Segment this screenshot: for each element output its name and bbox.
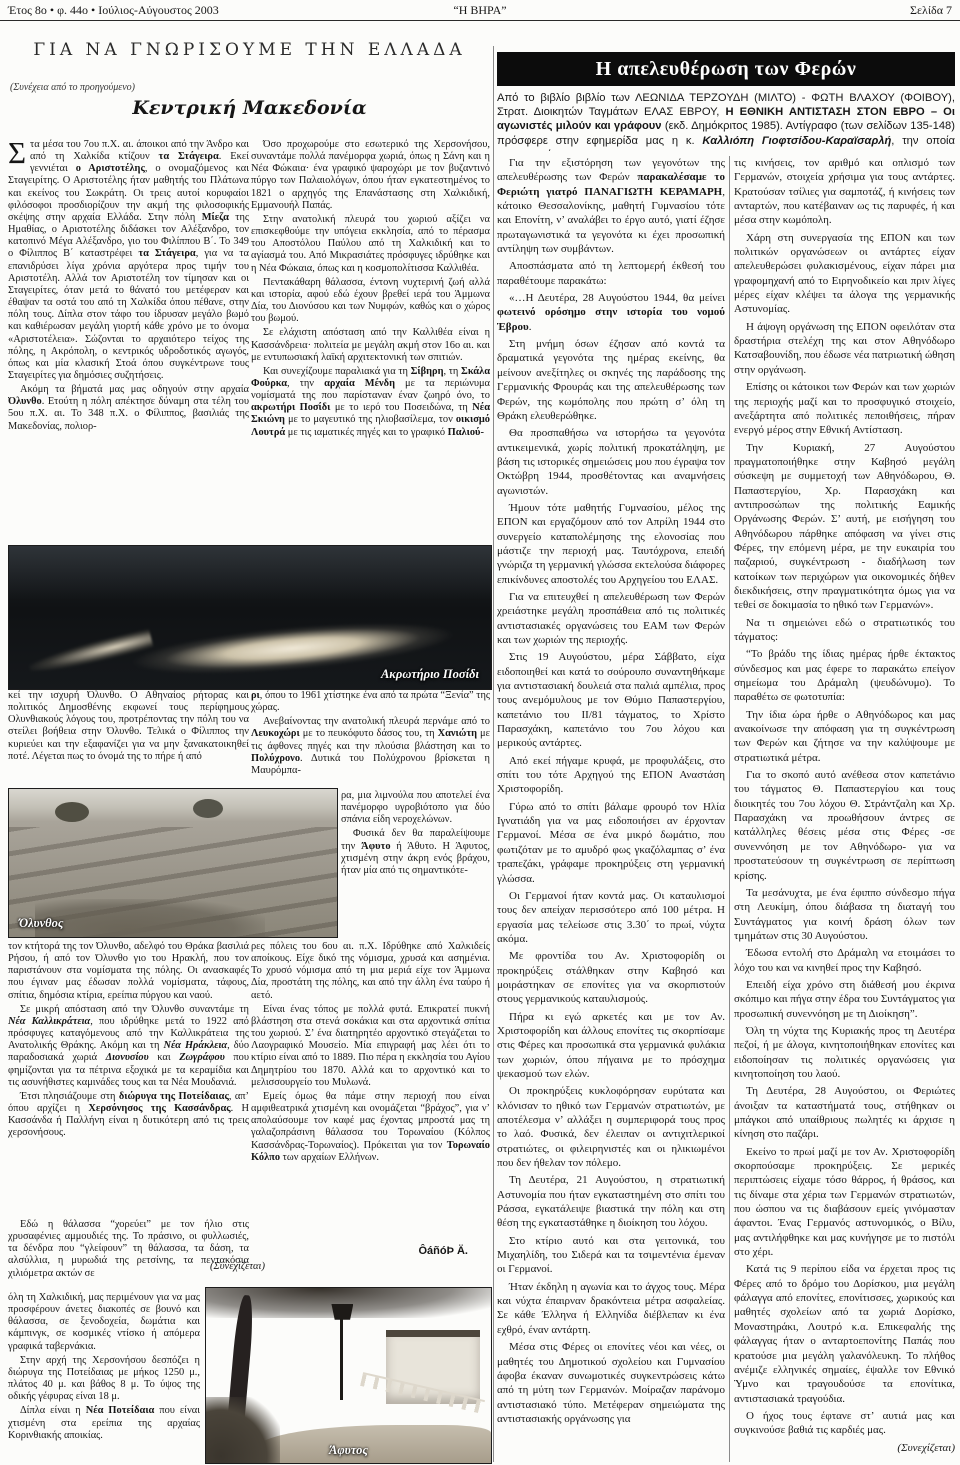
paragraph: Να τι σημειώνει εδώ ο στρατιωτικός του τ… (734, 616, 955, 645)
photo-caption-poseidi: Ακρωτήριο Ποσίδι (381, 667, 479, 682)
photo-poseidi-cape: Ακρωτήριο Ποσίδι (8, 545, 492, 690)
paragraph: Πεντακάθαρη θάλασσα, έντονη νυχτερινή ζω… (251, 277, 490, 326)
paragraph: Θα προσπαθήσω να ιστορήσω τα γεγονότα αν… (497, 426, 725, 498)
header-rule (0, 20, 960, 21)
paragraph: Γύρω από το σπίτι βάλαμε φρουρό τον Ηλία… (497, 800, 725, 886)
paragraph: Όσο προχωρούμε στο εσωτερικό της Χερσονή… (251, 139, 490, 212)
paragraph: Οι προκηρύξεις κυκλοφόρησαν ευρύτατα και… (497, 1084, 725, 1170)
photo-afytos-lamp-pole (340, 1316, 343, 1400)
photo-olynthos-ruins: Όλυνθος (8, 788, 338, 938)
paragraph: Αποσπάσματα από τη λεπτομερή έκθεσή του … (497, 259, 725, 288)
paragraph: τον κτήτορά της τον Όλυνθο, αδελφό του Θ… (8, 941, 249, 1002)
right-col2-text: τις κινήσεις, τον αριθμό και οπλισμό των… (734, 156, 955, 1462)
photo-olynthos-tree-left (55, 802, 89, 822)
paragraph: Τη Δευτέρα, 21 Αυγούστου, η στρατιωτική … (497, 1173, 725, 1230)
left-col2-wrap-text: ρα, μια λιμνούλα που αποτελεί ένα πανέμο… (341, 790, 490, 938)
paragraph: “Το βράδυ της ίδιας ημέρας ήρθε έκτακτος… (734, 647, 955, 704)
paragraph: Ανεβαίνοντας την ανατολική πλευρά περνάμ… (251, 716, 490, 777)
paragraph: Τα μεσάνυχτα, με ένα έφιππο σύνδεσμο πήγ… (734, 886, 955, 943)
paragraph: Με φροντίδα του Αν. Χριστοφορίδη οι προκ… (497, 949, 725, 1006)
paragraph: Επειδή είχα χρόνο στη διάθεσή μου έκρινα… (734, 978, 955, 1021)
paragraph: Εδώ η θάλασσα “χορεύει” με τον ήλιο στις… (8, 1219, 249, 1280)
left-col1-bottom-narrow-text: όλη τη Χαλκιδική, μας περιμένουν για να … (8, 1292, 200, 1462)
left-article-title: Κεντρική Μακεδονία (8, 97, 491, 119)
paragraph: Χάρη στη συνεργασία της ΕΠΟΝ και των πολ… (734, 231, 955, 317)
paragraph: ρα, μια λιμνούλα που αποτελεί ένα πανέμο… (341, 790, 490, 826)
paragraph: Ήταν έκδηλη η αγωνία και το άγχος τους. … (497, 1280, 725, 1337)
paragraph: Την ίδια ώρα ήρθε ο Αθηνόδωρος και μας α… (734, 708, 955, 765)
photo-afytos-village: Άφυτος (205, 1287, 492, 1464)
photo-olynthos-tree-right (193, 799, 223, 818)
paragraph: ρες πόλεις του 6ου αι. π.Χ. Ιδρύθηκε από… (251, 941, 490, 1002)
paragraph: Για το σκοπό αυτό ανέθεσα στον καπετάνιο… (734, 768, 955, 883)
paragraph: Εμείς όμως θα πάμε στην περιοχή που είνα… (251, 1091, 490, 1164)
right-article-intro: Από το βιβλίο βιβλίο των ΛΕΩΝΙΔΑ ΤΕΡΖΟΥΔ… (497, 91, 955, 151)
left-col1-mid-text: κεί την ισχυρή Όλυνθο. Ο Αθηναίος ρήτορα… (8, 690, 249, 778)
paragraph: όλη τη Χαλκιδική, μας περιμένουν για να … (8, 1292, 200, 1353)
section-divider-line (493, 46, 494, 1462)
left-col2-top-text: Όσο προχωρούμε στο εσωτερικό της Χερσονή… (251, 139, 490, 543)
left-col1-bottom-wide-text: Εδώ η θάλασσα “χορεύει” με τον ήλιο στις… (8, 1219, 249, 1291)
paragraph: Στο κτίριο αυτό και στα γειτονικά, του Μ… (497, 1234, 725, 1277)
photo-caption-olynthos: Όλυνθος (19, 916, 63, 931)
continuation-note: (Συνέχεια από το προηγούμενο) (10, 82, 135, 93)
left-col2-mid-text: ρι, όπου το 1961 χτίστηκε ένα από τα πρώ… (251, 690, 490, 786)
paragraph: κεί την ισχυρή Όλυνθο. Ο Αθηναίος ρήτορα… (8, 690, 249, 763)
paragraph: Στη μνήμη όσων έζησαν από κοντά τα δραμα… (497, 337, 725, 423)
paragraph: Στις 19 Αυγούστου, μέρα Σάββατο, είχα ει… (497, 650, 725, 750)
paragraph: Τη Δευτέρα, 28 Αυγούστου, οι Φεριώτες άν… (734, 1084, 955, 1141)
paragraph: Ακόμη τα βήματά μας μας οδηγούν στην αρχ… (8, 384, 249, 433)
paragraph: ρι, όπου το 1961 χτίστηκε ένα από τα πρώ… (251, 690, 490, 714)
paragraph: Ο ήχος τους έφτανε στ’ αυτιά μας και συγ… (734, 1409, 955, 1438)
right-column-divider-line (729, 156, 730, 1462)
header-paper-name: “Η ΒΗΡΑ” (0, 3, 960, 18)
paragraph: Για την εξιστόρηση των γεγονότων της απε… (497, 156, 725, 256)
right-article-title: Η απελευθέρωση των Φερών (596, 58, 857, 81)
paragraph: Δίπλα είναι η Νέα Ποτείδαια που είναι χτ… (8, 1405, 200, 1441)
right-article-title-banner: Η απελευθέρωση των Φερών (497, 52, 955, 86)
paragraph: Σε ελάχιστη απόσταση από την Καλλιθέα εί… (251, 327, 490, 363)
photo-afytos-lamp-head (331, 1304, 353, 1320)
paragraph: Είναι ένας τόπος με πολλά φυτά. Επικρατε… (251, 1004, 490, 1089)
paragraph: Οι Γερμανοί ήταν κοντά μας. Οι καταυλισμ… (497, 889, 725, 946)
paragraph: «…Η Δευτέρα, 28 Αυγούστου 1944, θα μείνε… (497, 291, 725, 334)
paragraph: Από το βιβλίο βιβλίο των ΛΕΩΝΙΔΑ ΤΕΡΖΟΥΔ… (497, 91, 955, 151)
paragraph: Όλη τη νύχτα της Κυριακής προς τη Δευτέρ… (734, 1024, 955, 1081)
newspaper-page: Έτος 8ο • φ. 44ο • Ιούλιος-Αύγουστος 200… (0, 0, 960, 1465)
paragraph: Από εκεί πήγαμε κρυφά, με προφυλάξεις, σ… (497, 754, 725, 797)
paragraph: Έτσι πλησιάζουμε στη διώρυγα της Ποτείδα… (8, 1091, 249, 1140)
paragraph: Μέσα στις Φέρες οι επονίτες νέοι και νέε… (497, 1340, 725, 1426)
paragraph: Στα μέσα του 7ου π.Χ. αι. άποικοι από τη… (8, 139, 249, 382)
left-col2-lower-text: ρες πόλεις του 6ου αι. π.Χ. Ιδρύθηκε από… (251, 941, 490, 1243)
header-page-number: Σελίδα 7 (910, 3, 952, 18)
paragraph: Ήμουν τότε μαθητής Γυμνασίου, μέλος της … (497, 501, 725, 587)
paragraph: (Συνεχίζεται) (734, 1441, 955, 1455)
left-col1-top-text: Στα μέσα του 7ου π.Χ. αι. άποικοι από τη… (8, 139, 249, 543)
author-signature: ÔáñóÞ Ä. (330, 1245, 468, 1257)
paragraph: Πήρα κι εγώ αρκετές και με τον Αν. Χριστ… (497, 1010, 725, 1082)
paragraph: Για να επιτευχθεί η απελευθέρωση των Φερ… (497, 590, 725, 647)
paragraph: Στην αρχή της Χερσονήσου δεσπόζει η διώρ… (8, 1355, 200, 1404)
paragraph: Έδωσα εντολή στο Δράμαλη να ετοιμάσει το… (734, 946, 955, 975)
paragraph: Σε μικρή απόσταση από την Όλυνθο συναντά… (8, 1004, 249, 1089)
paragraph: Στην ανατολική πλευρά του χωριού αξίζει … (251, 214, 490, 275)
left-col1-lower-text: τον κτήτορά της τον Όλυνθο, αδελφό του Θ… (8, 941, 249, 1219)
paragraph: Την Κυριακή, 27 Αυγούστου πραγματοποιήθη… (734, 441, 955, 613)
photo-caption-afytos: Άφυτος (206, 1443, 491, 1458)
paragraph: Επίσης οι κάτοικοι των Φερών και των χωρ… (734, 380, 955, 437)
paragraph: Φυσικά δεν θα παραλείψουμε την Άφυτο ή Ά… (341, 828, 490, 877)
photo-olynthos-foreground-stones (35, 899, 265, 937)
paragraph: Η άψογη οργάνωση της ΕΠΟΝ οφειλόταν στα … (734, 320, 955, 377)
right-col1-text: Για την εξιστόρηση των γεγονότων της απε… (497, 156, 725, 1462)
left-section-title: ΓΙΑ ΝΑ ΓΝΩΡΙΣΟΥΜΕ ΤΗΝ ΕΛΛΑΔΑ (8, 40, 491, 60)
drop-cap: Σ (8, 140, 26, 165)
paragraph: Κατά τις 9 περίπου είδα να έρχεται προς … (734, 1262, 955, 1405)
paragraph: Εκείνο το πρωί μαζί με τον Αν. Χριστοφορ… (734, 1145, 955, 1260)
paragraph: τις κινήσεις, τον αριθμό και οπλισμό των… (734, 156, 955, 228)
paragraph: Και συνεχίζουμε παραλιακά για τη Σίβηρη,… (251, 366, 490, 439)
